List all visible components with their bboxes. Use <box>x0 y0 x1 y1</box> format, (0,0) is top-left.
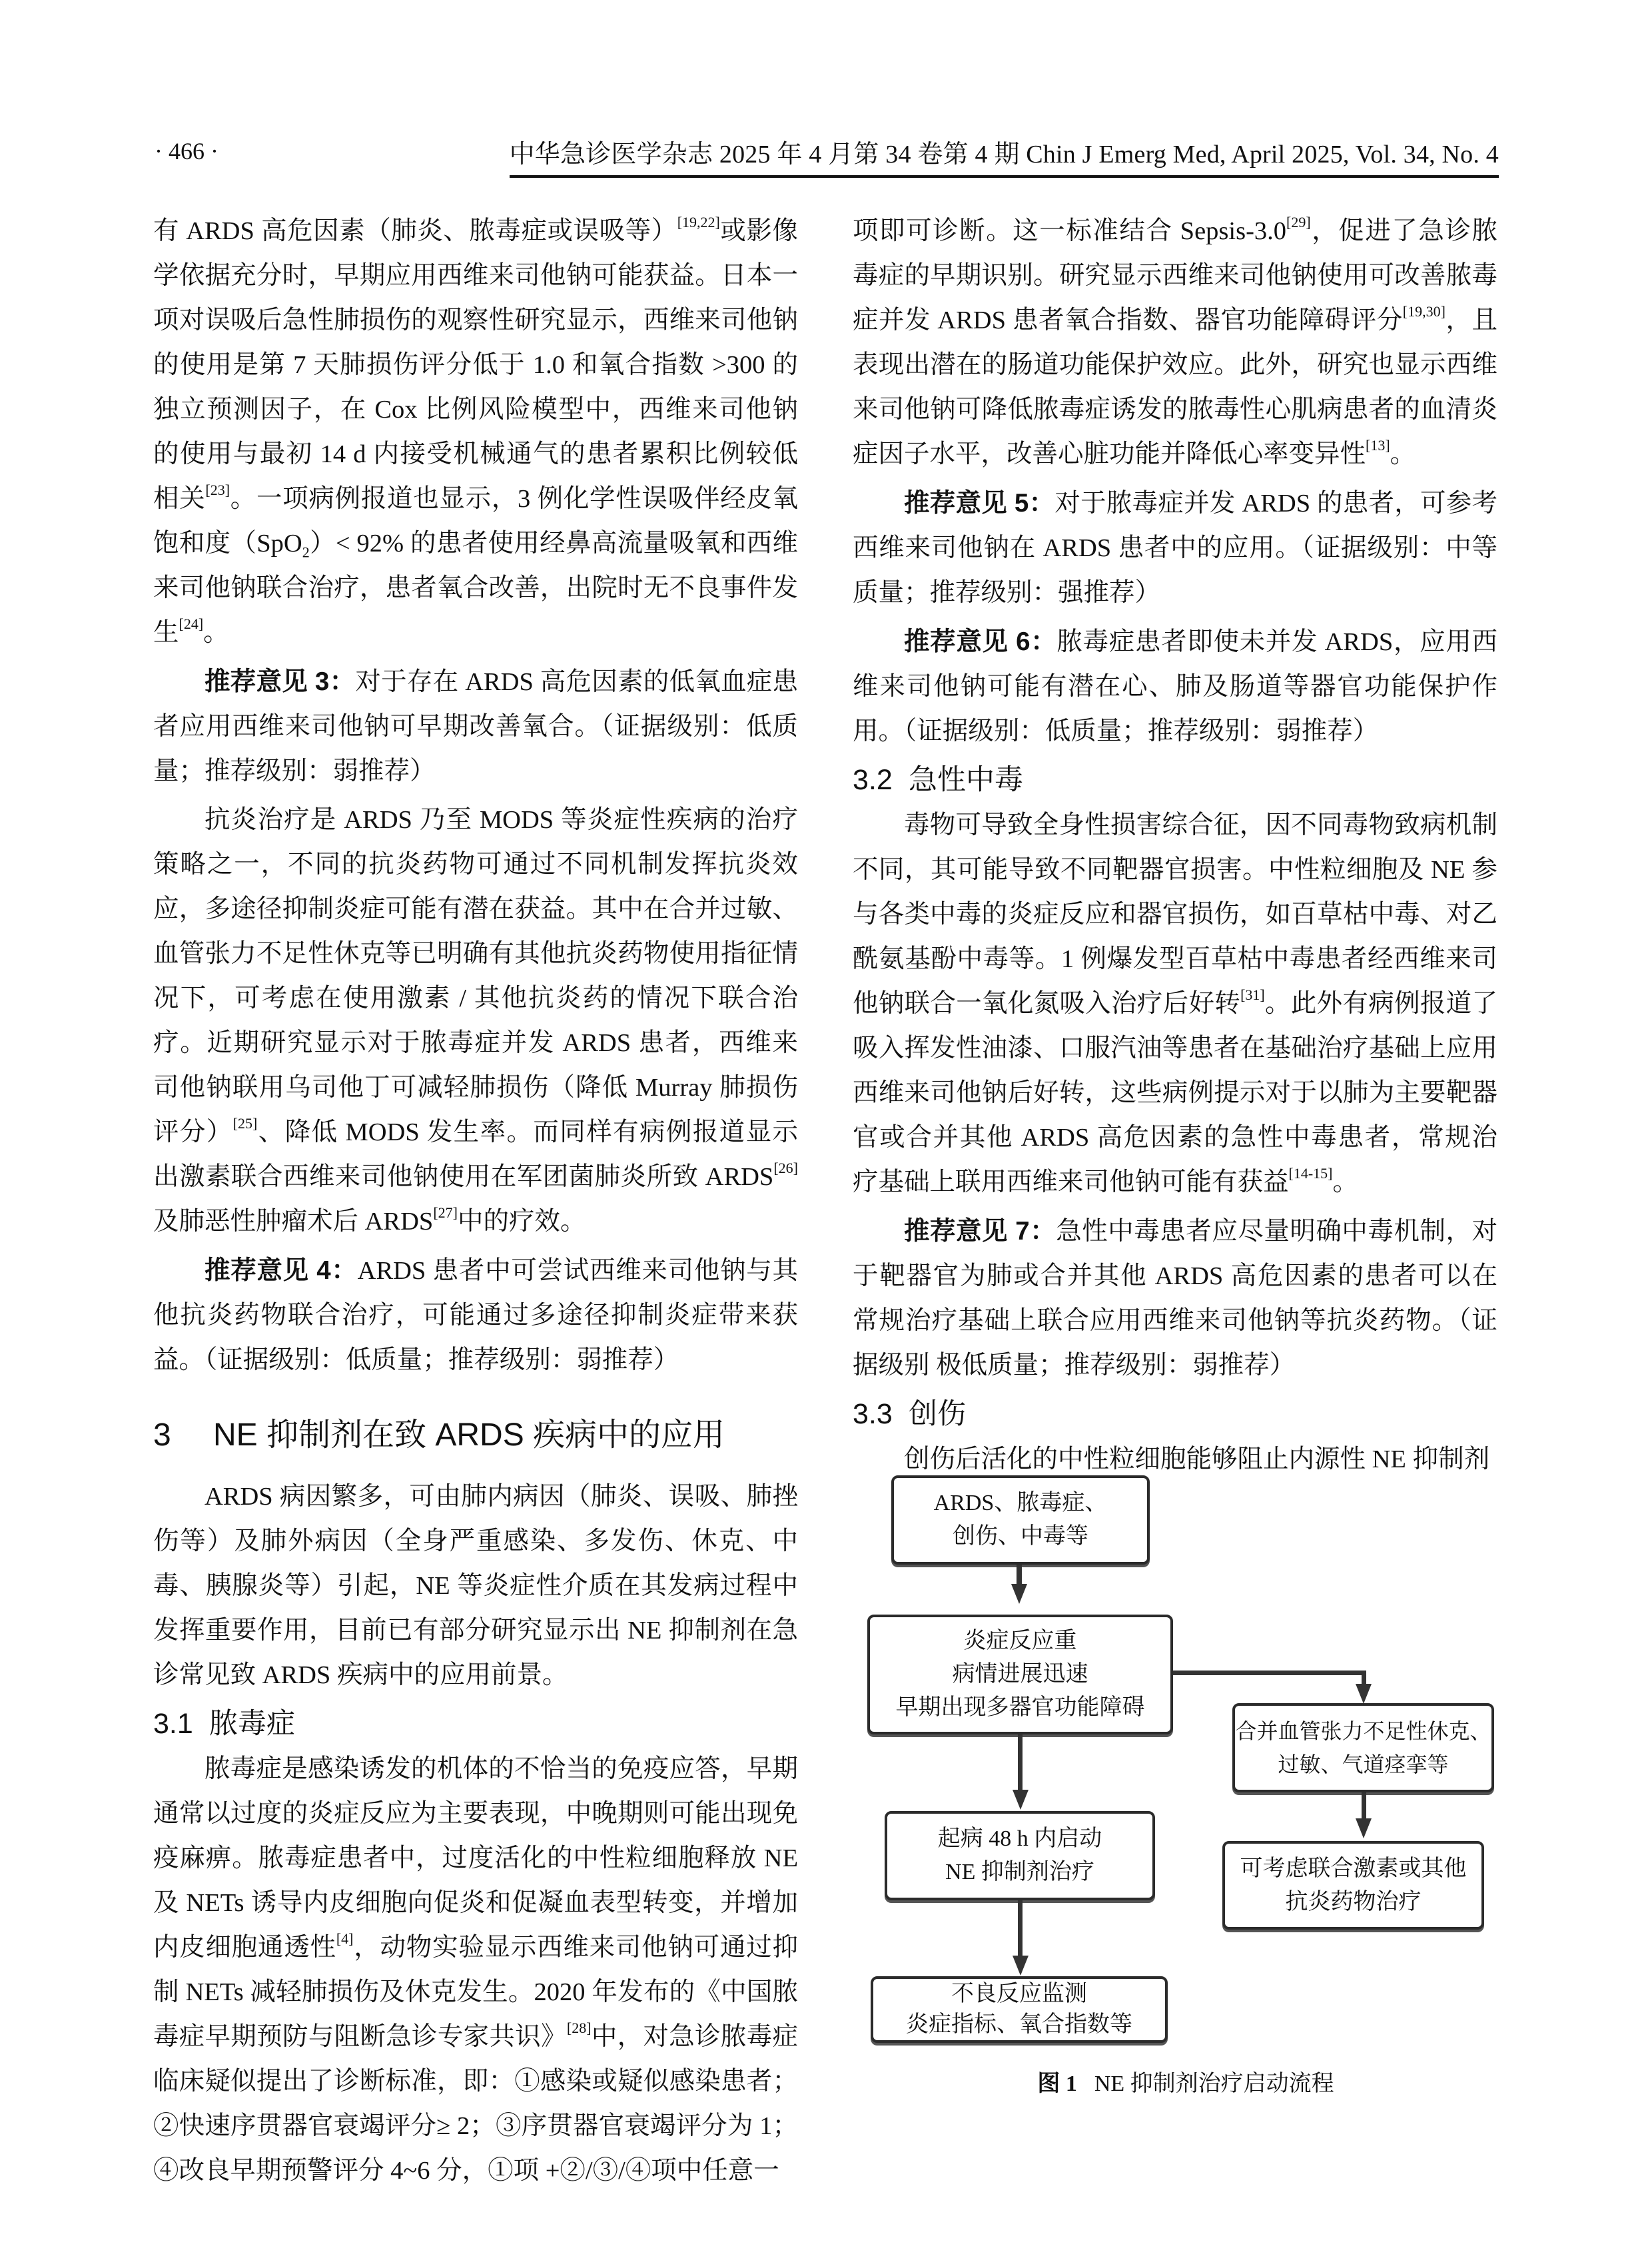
recommendation-label: 推荐意见 4： <box>205 1256 358 1285</box>
flow-box-start-ne-inhibitor: 起病 48 h 内启动NE 抑制剂治疗 <box>885 1811 1155 1900</box>
connector-line <box>1362 1671 1366 1685</box>
section-heading-3-2: 3.2急性中毒 <box>853 757 1497 803</box>
citation[interactable]: [29] <box>1286 214 1311 230</box>
citation[interactable]: [14-15] <box>1289 1165 1333 1182</box>
section-heading-3-1: 3.1脓毒症 <box>153 1700 798 1747</box>
paragraph: 项即可诊断。这一标准结合 Sepsis-3.0[29]，促进了急诊脓毒症的早期识… <box>853 209 1497 477</box>
flow-box-combine-steroids: 可考虑联合激素或其他抗炎药物治疗 <box>1222 1841 1484 1930</box>
recommendation-label: 推荐意见 3： <box>205 667 355 696</box>
citation[interactable]: [27] <box>433 1204 458 1221</box>
recommendation-label: 推荐意见 6： <box>904 627 1056 656</box>
citation[interactable]: [24] <box>179 615 204 632</box>
paragraph: 抗炎治疗是 ARDS 乃至 MODS 等炎症性疾病的治疗策略之一，不同的抗炎药物… <box>153 798 798 1244</box>
citation[interactable]: [19,22] <box>677 214 720 230</box>
recommendation-label: 推荐意见 5： <box>904 489 1054 518</box>
section-heading-3-3: 3.3创伤 <box>853 1391 1497 1437</box>
arrow-down-icon <box>1013 1956 1029 1976</box>
arrow-down-icon <box>1356 1684 1372 1704</box>
paragraph: ARDS 病因繁多，可由肺内病因（肺炎、误吸、肺挫伤等）及肺外病因（全身严重感染… <box>153 1475 798 1698</box>
recommendation-label: 推荐意见 7： <box>904 1217 1056 1246</box>
recommendation-6: 推荐意见 6：脓毒症患者即使未并发 ARDS，应用西维来司他钠可能有潜在心、肺及… <box>853 619 1497 754</box>
left-column: 有 ARDS 高危因素（肺炎、脓毒症或误吸等）[19,22]或影像学依据充分时，… <box>153 209 798 2193</box>
citation[interactable]: [25] <box>233 1115 258 1132</box>
flow-box-comorbid-shock: 合并血管张力不足性休克、过敏、气道痉挛等 <box>1232 1703 1494 1792</box>
connector-line <box>1362 1792 1366 1819</box>
citation[interactable]: [13] <box>1366 437 1390 454</box>
connector-line <box>1173 1671 1366 1675</box>
flow-box-severe-inflammation: 炎症反应重病情进展迅速早期出现多器官功能障碍 <box>867 1615 1173 1734</box>
paragraph: 有 ARDS 高危因素（肺炎、脓毒症或误吸等）[19,22]或影像学依据充分时，… <box>153 209 798 655</box>
page-number: · 466 · <box>155 137 218 165</box>
connector-line <box>1018 1734 1023 1790</box>
connector-line <box>1017 1565 1022 1585</box>
page-header: · 466 · 中华急诊医学杂志 2025 年 4 月第 34 卷第 4 期 C… <box>155 133 1499 176</box>
citation[interactable]: [26] <box>773 1160 798 1176</box>
section-heading-3: 3NE 抑制剂在致 ARDS 疾病中的应用 <box>153 1412 798 1459</box>
paragraph: 毒物可导致全身性损害综合征，因不同毒物致病机制不同，其可能导致不同靶器官损害。中… <box>853 803 1497 1205</box>
citation[interactable]: [19,30] <box>1403 303 1445 320</box>
citation[interactable]: [31] <box>1240 986 1265 1003</box>
recommendation-4: 推荐意见 4：ARDS 患者中可尝试西维来司他钠与其他抗炎药物联合治疗，可能通过… <box>153 1248 798 1383</box>
right-column: 项即可诊断。这一标准结合 Sepsis-3.0[29]，促进了急诊脓毒症的早期识… <box>853 209 1497 1482</box>
figure-label: 图 1 <box>1037 2071 1077 2096</box>
journal-running-title: 中华急诊医学杂志 2025 年 4 月第 34 卷第 4 期 Chin J Em… <box>510 133 1499 178</box>
flow-box-monitoring: 不良反应监测炎症指标、氧合指数等 <box>871 1976 1168 2043</box>
arrow-down-icon <box>1356 1818 1372 1838</box>
recommendation-5: 推荐意见 5：对于脓毒症并发 ARDS 的患者，可参考西维来司他钠在 ARDS … <box>853 481 1497 615</box>
arrow-down-icon <box>1013 1790 1029 1810</box>
flow-box-conditions: ARDS、脓毒症、创伤、中毒等 <box>891 1475 1150 1565</box>
figure-caption: 图 1NE 抑制剂治疗启动流程 <box>853 2065 1519 2097</box>
recommendation-3: 推荐意见 3：对于存在 ARDS 高危因素的低氧血症患者应用西维来司他钠可早期改… <box>153 659 798 794</box>
citation[interactable]: [23] <box>205 482 230 498</box>
paragraph: 脓毒症是感染诱发的机体的不恰当的免疫应答，早期通常以过度的炎症反应为主要表现，中… <box>153 1747 798 2193</box>
arrow-down-icon <box>1011 1584 1027 1604</box>
flowchart-figure: ARDS、脓毒症、创伤、中毒等 炎症反应重病情进展迅速早期出现多器官功能障碍 合… <box>853 1452 1519 2118</box>
citation[interactable]: [4] <box>336 1930 354 1947</box>
recommendation-7: 推荐意见 7：急性中毒患者应尽量明确中毒机制，对于靶器官为肺或合并其他 ARDS… <box>853 1209 1497 1388</box>
connector-line <box>1018 1900 1023 1956</box>
citation[interactable]: [28] <box>567 2020 592 2036</box>
